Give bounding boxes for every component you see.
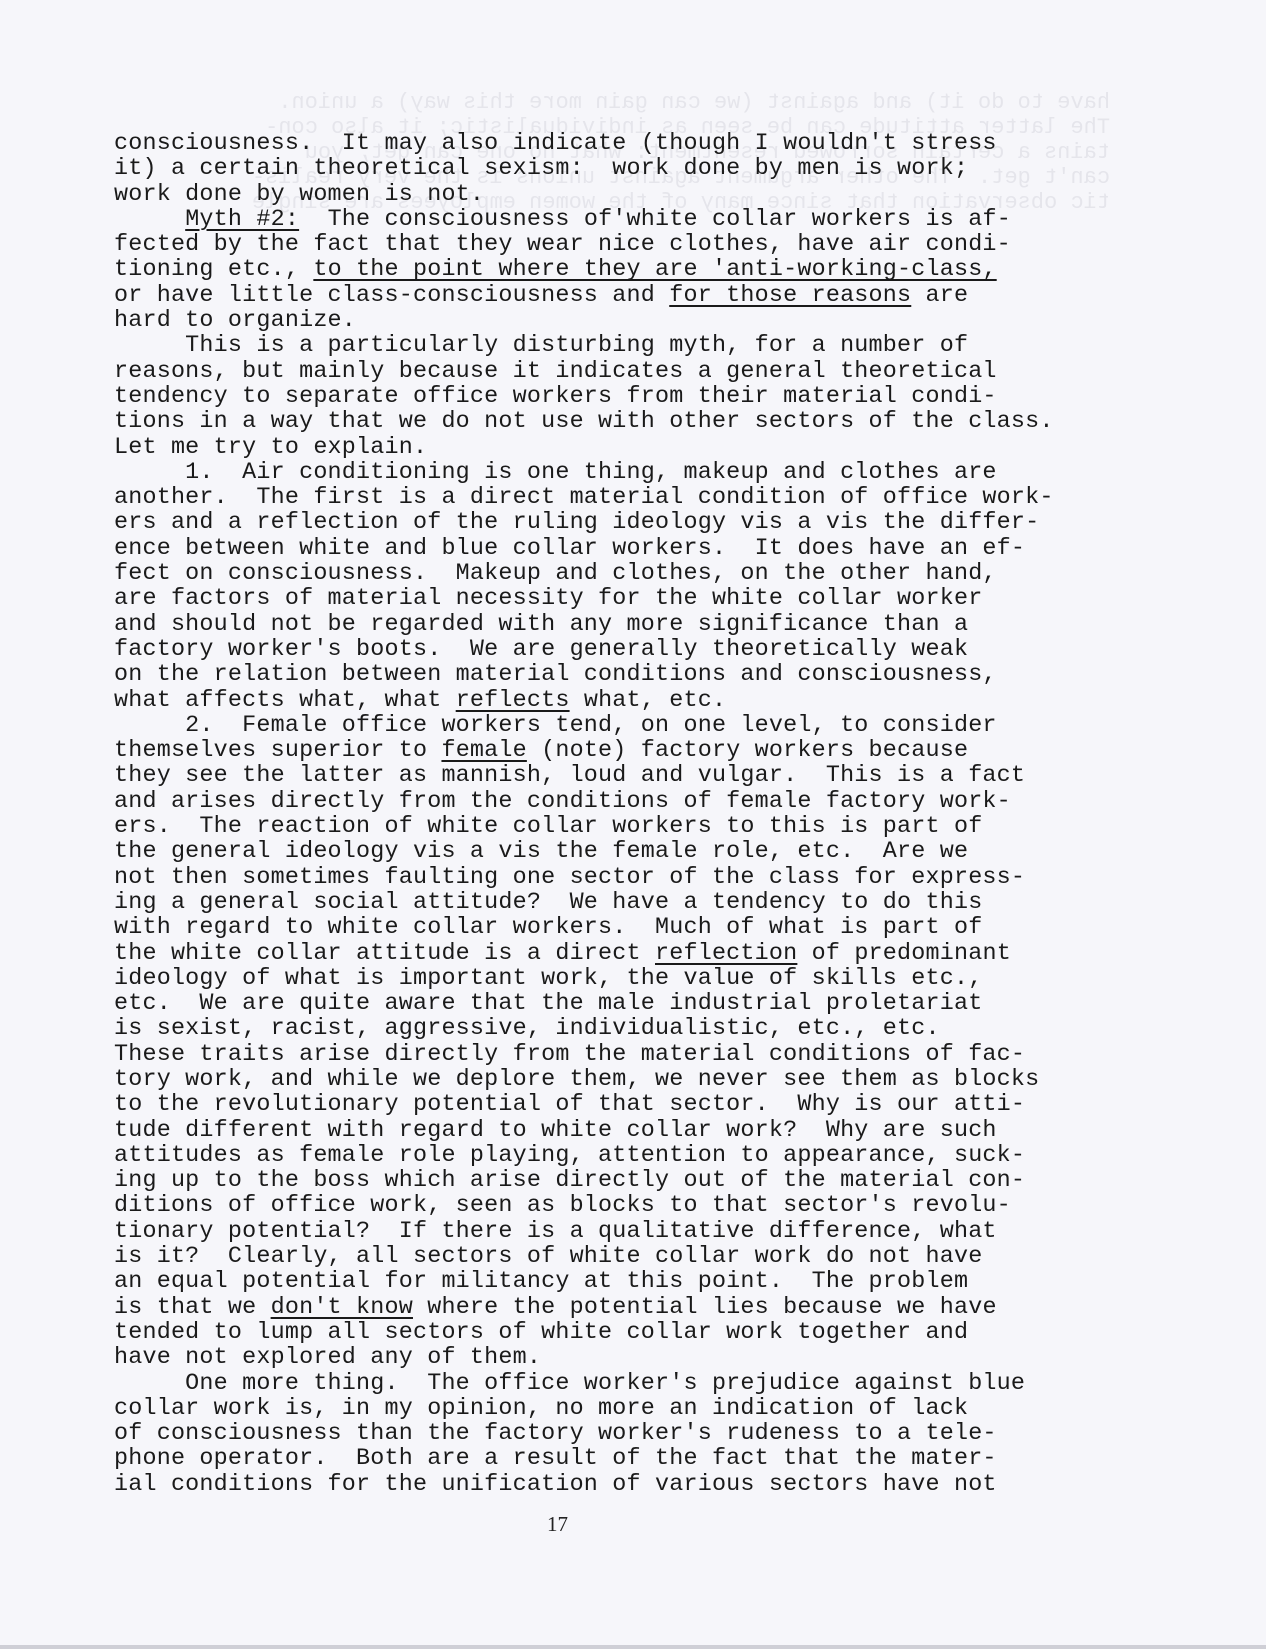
- text-line: what affects what, what reflects what, e…: [114, 689, 1144, 714]
- text-segment: Let me try to explain.: [114, 435, 427, 461]
- text-line: consciousness. It may also indicate (tho…: [114, 132, 1144, 157]
- text-segment: 2. Female office workers tend, on one le…: [114, 713, 997, 739]
- text-segment: ideology of what is important work, the …: [114, 966, 982, 992]
- text-segment: factory worker's boots. We are generally…: [114, 637, 968, 663]
- text-line: are factors of material necessity for th…: [114, 587, 1144, 612]
- text-line: tendency to separate office workers from…: [114, 385, 1144, 410]
- text-line: tended to lump all sectors of white coll…: [114, 1321, 1144, 1346]
- text-line: phone operator. Both are a result of the…: [114, 1447, 1144, 1472]
- underlined-text: female: [441, 738, 526, 764]
- text-line: These traits arise directly from the mat…: [114, 1043, 1144, 1068]
- text-line: and arises directly from the conditions …: [114, 790, 1144, 815]
- text-line: ers. The reaction of white collar worker…: [114, 815, 1144, 840]
- text-segment: tions in a way that we do not use with o…: [114, 409, 1054, 435]
- text-line: ditions of office work, seen as blocks t…: [114, 1194, 1144, 1219]
- text-segment: etc. We are quite aware that the male in…: [114, 991, 982, 1017]
- text-line: with regard to white collar workers. Muc…: [114, 916, 1144, 941]
- text-segment: attitudes as female role playing, attent…: [114, 1143, 1025, 1169]
- text-line: is that we don't know where the potentia…: [114, 1296, 1144, 1321]
- text-segment: and arises directly from the conditions …: [114, 789, 1011, 815]
- text-segment: work done by women is not.: [114, 182, 484, 208]
- bleed-line: have to do it) and against (we can gain …: [150, 90, 1110, 115]
- text-line: on the relation between material conditi…: [114, 663, 1144, 688]
- underlined-text: don't know: [271, 1295, 413, 1321]
- text-line: ing a general social attitude? We have a…: [114, 891, 1144, 916]
- text-segment: One more thing. The office worker's prej…: [114, 1371, 1025, 1397]
- text-line: an equal potential for militancy at this…: [114, 1270, 1144, 1295]
- text-segment: fect on consciousness. Makeup and clothe…: [114, 561, 997, 587]
- text-segment: hard to organize.: [114, 308, 356, 334]
- text-segment: 1. Air conditioning is one thing, makeup…: [114, 460, 997, 486]
- text-line: of consciousness than the factory worker…: [114, 1422, 1144, 1447]
- text-segment: the white collar attitude is a direct: [114, 941, 655, 967]
- text-segment: is it? Clearly, all sectors of white col…: [114, 1244, 982, 1270]
- text-segment: the general ideology vis a vis the femal…: [114, 839, 968, 865]
- text-segment: not then sometimes faulting one sector o…: [114, 865, 1025, 891]
- text-segment: tionary potential? If there is a qualita…: [114, 1219, 997, 1245]
- text-line: ence between white and blue collar worke…: [114, 537, 1144, 562]
- text-segment: themselves superior to: [114, 738, 441, 764]
- text-line: factory worker's boots. We are generally…: [114, 638, 1144, 663]
- text-line: tions in a way that we do not use with o…: [114, 410, 1144, 435]
- document-page: have to do it) and against (we can gain …: [0, 0, 1266, 1645]
- text-line: fected by the fact that they wear nice c…: [114, 233, 1144, 258]
- text-line: 2. Female office workers tend, on one le…: [114, 714, 1144, 739]
- text-segment: are factors of material necessity for th…: [114, 586, 982, 612]
- text-segment: reasons, but mainly because it indicates…: [114, 359, 997, 385]
- text-segment: These traits arise directly from the mat…: [114, 1042, 1025, 1068]
- text-line: ial conditions for the unification of va…: [114, 1473, 1144, 1498]
- text-segment: is sexist, racist, aggressive, individua…: [114, 1016, 940, 1042]
- underlined-text: reflection: [655, 941, 797, 967]
- text-line: This is a particularly disturbing myth, …: [114, 334, 1144, 359]
- text-segment: they see the latter as mannish, loud and…: [114, 763, 1025, 789]
- text-segment: tended to lump all sectors of white coll…: [114, 1320, 968, 1346]
- text-segment: ers and a reflection of the ruling ideol…: [114, 510, 1039, 536]
- text-segment: tioning etc.,: [114, 257, 313, 283]
- text-line: attitudes as female role playing, attent…: [114, 1144, 1144, 1169]
- text-segment: to the revolutionary potential of that s…: [114, 1092, 1025, 1118]
- text-line: themselves superior to female (note) fac…: [114, 739, 1144, 764]
- text-line: tionary potential? If there is a qualita…: [114, 1220, 1144, 1245]
- text-line: etc. We are quite aware that the male in…: [114, 992, 1144, 1017]
- text-segment: tude different with regard to white coll…: [114, 1118, 997, 1144]
- text-line: it) a certain theoretical sexism: work d…: [114, 157, 1144, 182]
- text-segment: an equal potential for militancy at this…: [114, 1269, 968, 1295]
- text-line: 1. Air conditioning is one thing, makeup…: [114, 461, 1144, 486]
- page-number: 17: [547, 1512, 568, 1537]
- text-segment: are: [911, 283, 968, 309]
- text-segment: of predominant: [797, 941, 1011, 967]
- text-segment: [114, 207, 185, 233]
- text-segment: of consciousness than the factory worker…: [114, 1421, 997, 1447]
- text-segment: ial conditions for the unification of va…: [114, 1472, 997, 1498]
- text-line: the white collar attitude is a direct re…: [114, 942, 1144, 967]
- text-line: ers and a reflection of the ruling ideol…: [114, 511, 1144, 536]
- text-line: not then sometimes faulting one sector o…: [114, 866, 1144, 891]
- text-segment: or have little class-consciousness and: [114, 283, 669, 309]
- text-segment: it) a certain theoretical sexism: work d…: [114, 156, 968, 182]
- text-segment: ditions of office work, seen as blocks t…: [114, 1193, 1011, 1219]
- text-segment: ers. The reaction of white collar worker…: [114, 814, 982, 840]
- text-line: have not explored any of them.: [114, 1346, 1144, 1371]
- text-line: ideology of what is important work, the …: [114, 967, 1144, 992]
- text-line: is it? Clearly, all sectors of white col…: [114, 1245, 1144, 1270]
- underlined-text: for those reasons: [669, 283, 911, 309]
- text-line: tude different with regard to white coll…: [114, 1119, 1144, 1144]
- text-segment: what affects what, what: [114, 688, 456, 714]
- text-segment: on the relation between material conditi…: [114, 662, 997, 688]
- body-text: consciousness. It may also indicate (tho…: [114, 132, 1144, 1498]
- text-segment: and should not be regarded with any more…: [114, 612, 968, 638]
- text-segment: collar work is, in my opinion, no more a…: [114, 1396, 968, 1422]
- text-line: to the revolutionary potential of that s…: [114, 1093, 1144, 1118]
- underlined-text: Myth #2:: [185, 207, 299, 233]
- text-segment: The consciousness of'white collar worker…: [299, 207, 1011, 233]
- text-line: another. The first is a direct material …: [114, 486, 1144, 511]
- text-segment: ing up to the boss which arise directly …: [114, 1168, 1025, 1194]
- text-line: they see the latter as mannish, loud and…: [114, 764, 1144, 789]
- text-line: One more thing. The office worker's prej…: [114, 1372, 1144, 1397]
- text-line: and should not be regarded with any more…: [114, 613, 1144, 638]
- text-line: tory work, and while we deplore them, we…: [114, 1068, 1144, 1093]
- text-line: Let me try to explain.: [114, 436, 1144, 461]
- text-segment: (note) factory workers because: [527, 738, 968, 764]
- text-segment: another. The first is a direct material …: [114, 485, 1054, 511]
- text-line: collar work is, in my opinion, no more a…: [114, 1397, 1144, 1422]
- text-line: Myth #2: The consciousness of'white coll…: [114, 208, 1144, 233]
- text-segment: consciousness. It may also indicate (tho…: [114, 131, 997, 157]
- text-segment: ence between white and blue collar worke…: [114, 536, 1025, 562]
- text-line: tioning etc., to the point where they ar…: [114, 258, 1144, 283]
- text-line: fect on consciousness. Makeup and clothe…: [114, 562, 1144, 587]
- text-segment: fected by the fact that they wear nice c…: [114, 232, 1011, 258]
- text-line: reasons, but mainly because it indicates…: [114, 360, 1144, 385]
- text-segment: tendency to separate office workers from…: [114, 384, 997, 410]
- text-segment: where the potential lies because we have: [413, 1295, 997, 1321]
- text-line: ing up to the boss which arise directly …: [114, 1169, 1144, 1194]
- text-segment: have not explored any of them.: [114, 1345, 541, 1371]
- underlined-text: reflects: [456, 688, 570, 714]
- text-segment: ing a general social attitude? We have a…: [114, 890, 982, 916]
- text-line: hard to organize.: [114, 309, 1144, 334]
- text-segment: This is a particularly disturbing myth, …: [114, 333, 968, 359]
- text-segment: tory work, and while we deplore them, we…: [114, 1067, 1039, 1093]
- text-line: or have little class-consciousness and f…: [114, 284, 1144, 309]
- text-line: is sexist, racist, aggressive, individua…: [114, 1017, 1144, 1042]
- scan-edge: [0, 1645, 1266, 1649]
- text-segment: is that we: [114, 1295, 271, 1321]
- text-segment: phone operator. Both are a result of the…: [114, 1446, 997, 1472]
- text-segment: what, etc.: [570, 688, 727, 714]
- text-line: work done by women is not.: [114, 183, 1144, 208]
- underlined-text: to the point where they are 'anti-workin…: [313, 257, 996, 283]
- text-segment: with regard to white collar workers. Muc…: [114, 915, 982, 941]
- text-line: the general ideology vis a vis the femal…: [114, 840, 1144, 865]
